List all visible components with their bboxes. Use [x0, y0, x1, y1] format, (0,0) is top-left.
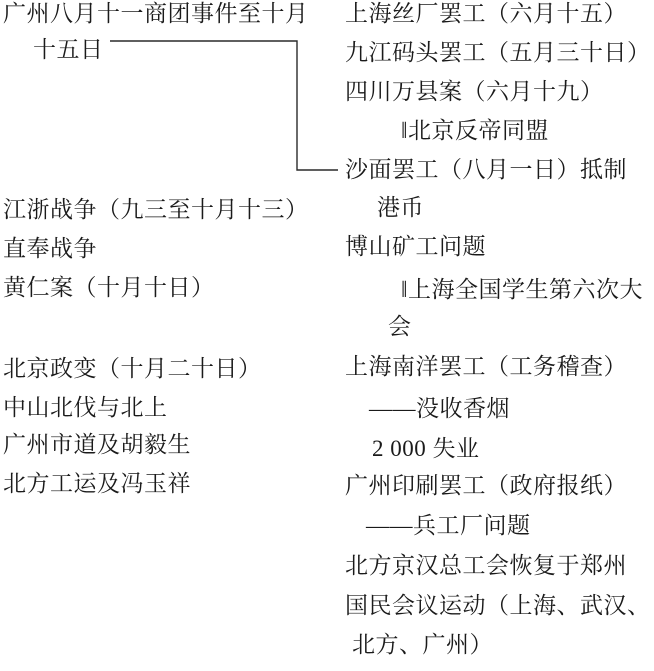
right-line: ‖北京反帝同盟: [401, 119, 549, 142]
left-line: 直奉战争: [3, 237, 97, 260]
right-line: ——兵工厂问题: [366, 514, 531, 537]
right-line: 沙面罢工（八月一日）抵制: [345, 158, 627, 181]
right-line: ——没收香烟: [369, 397, 510, 420]
left-line: 黄仁案（十月十日）: [3, 276, 215, 299]
right-line: 2 000 失业: [372, 437, 480, 460]
left-line: 中山北伐与北上: [3, 396, 168, 419]
right-line: 北方、广州）: [352, 633, 493, 656]
right-line: 四川万县案（六月十九）: [345, 80, 604, 103]
right-line: 广州印刷罢工（政府报纸）: [345, 474, 627, 497]
right-line: 上海南洋罢工（工务稽查）: [345, 355, 627, 378]
left-line: 北京政变（十月二十日）: [3, 357, 262, 380]
right-line: 港币: [377, 196, 424, 219]
left-line: 广州市道及胡毅生: [3, 433, 191, 456]
left-line: 广州八月十一商团事件至十月: [3, 2, 309, 25]
right-line: 会: [388, 315, 412, 338]
right-line: 北方京汉总工会恢复于郑州: [345, 554, 627, 577]
right-line: 上海丝厂罢工（六月十五）: [345, 2, 627, 25]
left-line: 江浙战争（九三至十月十三）: [3, 198, 309, 221]
right-line: 博山矿工问题: [345, 235, 486, 258]
left-line: 十五日: [33, 38, 104, 61]
left-line: 北方工运及冯玉祥: [3, 472, 191, 495]
right-line: 九江码头罢工（五月三十日）: [345, 41, 651, 64]
right-line: 国民会议运动（上海、武汉、: [345, 594, 651, 617]
book-page: 广州八月十一商团事件至十月 十五日 江浙战争（九三至十月十三） 直奉战争 黄仁案…: [0, 0, 654, 671]
right-line: ‖上海全国学生第六次大: [401, 278, 643, 301]
